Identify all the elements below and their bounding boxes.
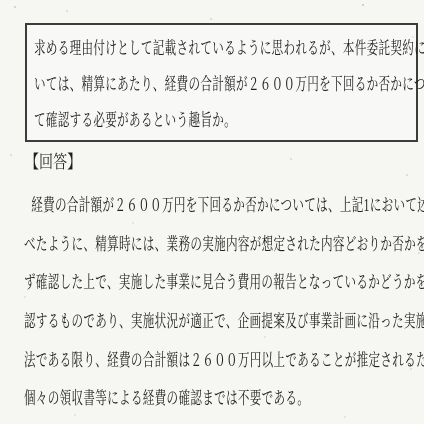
paragraph-line: 個々の領収書等による経費の確認までは不要である。 (24, 379, 288, 418)
answer-paragraph: 経費の合計額が２６００万円を下回るか否かについては、上記1において述 べたように… (24, 186, 424, 418)
paragraph-line: べたように、精算時には、業務の実施内容が想定された内容どおりか否かをま (24, 225, 288, 264)
scan-noise-specks (14, 6, 16, 8)
question-line: 求める理由付けとして記載されているように思われるが、本件委託契約にお (34, 30, 286, 66)
paragraph-line: ず確認した上で、実施した事業に見合う費用の報告となっているかどうかを確 (24, 263, 288, 302)
paragraph-line: 法である限り、経費の合計額は２６００万円以上であることが推定されるため、 (24, 341, 288, 380)
paragraph-line: 認するものであり、実施状況が適正で、企画提案及び事業計画に沿った実施方 (24, 302, 288, 341)
question-line: て確認する必要があるという趣旨か。 (34, 102, 286, 138)
paragraph-line: 経費の合計額が２６００万円を下回るか否かについては、上記1において述 (24, 186, 288, 225)
answer-heading: 【回答】 (25, 147, 81, 177)
question-line: いては、精算にあたり、経費の合計額が２６００万円を下回るか否かについ (34, 66, 286, 102)
question-box: 求める理由付けとして記載されているように思われるが、本件委託契約にお いては、精… (25, 23, 418, 142)
